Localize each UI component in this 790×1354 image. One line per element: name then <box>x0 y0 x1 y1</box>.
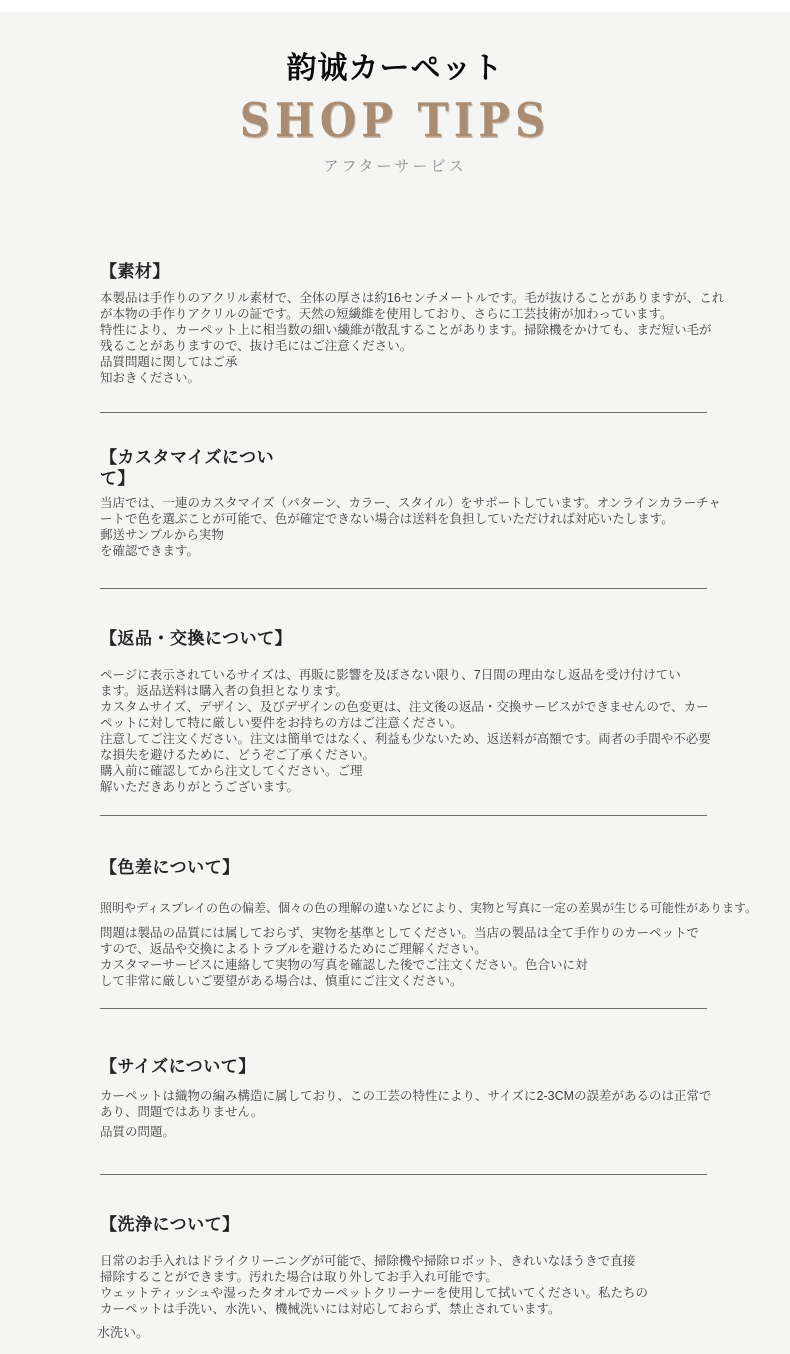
section-material-heading: 【素材】 <box>100 260 790 284</box>
page-header: 韵诚カーペット SHOP TIPS アフターサービス <box>0 52 790 176</box>
section-color-text-2: 問題は製品の品質には属しておらず、実物を基準としてください。当店の製品は全て手作… <box>100 925 699 989</box>
section-divider <box>100 1008 707 1009</box>
section-washing-heading: 【洗浄について】 <box>100 1213 790 1237</box>
shop-tips-logo: SHOP TIPS <box>0 92 790 150</box>
section-washing-text-1: 日常のお手入れはドライクリーニングが可能で、掃除機や掃除ロボット、きれいなほうき… <box>100 1253 648 1317</box>
section-color-text-1: 照明やディスプレイの色の偏差、個々の色の理解の違いなどにより、実物と写真に一定の… <box>100 900 757 916</box>
section-customize-heading: 【カスタマイズについ て】 <box>100 447 790 489</box>
section-size-heading: 【サイズについて】 <box>100 1055 790 1079</box>
section-washing: 【洗浄について】 日常のお手入れはドライクリーニングが可能で、掃除機や掃除ロボッ… <box>0 1213 790 1341</box>
section-material: 【素材】 本製品は手作りのアクリル素材で、全体の厚さは約16センチメートルです。… <box>0 260 790 413</box>
section-size: 【サイズについて】 カーペットは織物の編み構造に属しており、この工芸の特性により… <box>0 1055 790 1175</box>
section-customize: 【カスタマイズについ て】 当店では、一連のカスタマイズ（パターン、カラー、スタ… <box>0 447 790 589</box>
section-returns-exchange: 【返品・交換について】 ページに表示されているサイズは、再販に影響を及ぼさない限… <box>0 627 790 816</box>
shop-name-title: 韵诚カーペット <box>0 52 790 86</box>
section-material-text: 本製品は手作りのアクリル素材で、全体の厚さは約16センチメートルです。毛が抜ける… <box>100 290 724 386</box>
section-returns-heading: 【返品・交換について】 <box>100 627 790 651</box>
section-size-text-2: 品質の問題。 <box>100 1124 175 1140</box>
after-service-subtitle: アフターサービス <box>0 158 790 176</box>
section-divider <box>100 412 707 413</box>
section-divider <box>100 588 707 589</box>
shop-tips-logo-text: SHOP TIPS <box>240 89 551 154</box>
section-divider <box>100 1174 707 1175</box>
section-customize-text: 当店では、一連のカスタマイズ（パターン、カラー、スタイル）をサポートしています。… <box>100 495 721 559</box>
section-divider <box>100 815 707 816</box>
section-color-heading: 【色差について】 <box>100 856 790 880</box>
section-washing-text-2: 水洗い。 <box>97 1325 149 1341</box>
section-color-difference: 【色差について】 照明やディスプレイの色の偏差、個々の色の理解の違いなどにより、… <box>0 856 790 1009</box>
top-bar <box>0 0 790 12</box>
section-size-text-1: カーペットは織物の編み構造に属しており、この工芸の特性により、サイズに2-3CM… <box>100 1088 712 1120</box>
section-returns-text: ページに表示されているサイズは、再販に影響を及ぼさない限り、7日間の理由なし返品… <box>100 667 711 795</box>
